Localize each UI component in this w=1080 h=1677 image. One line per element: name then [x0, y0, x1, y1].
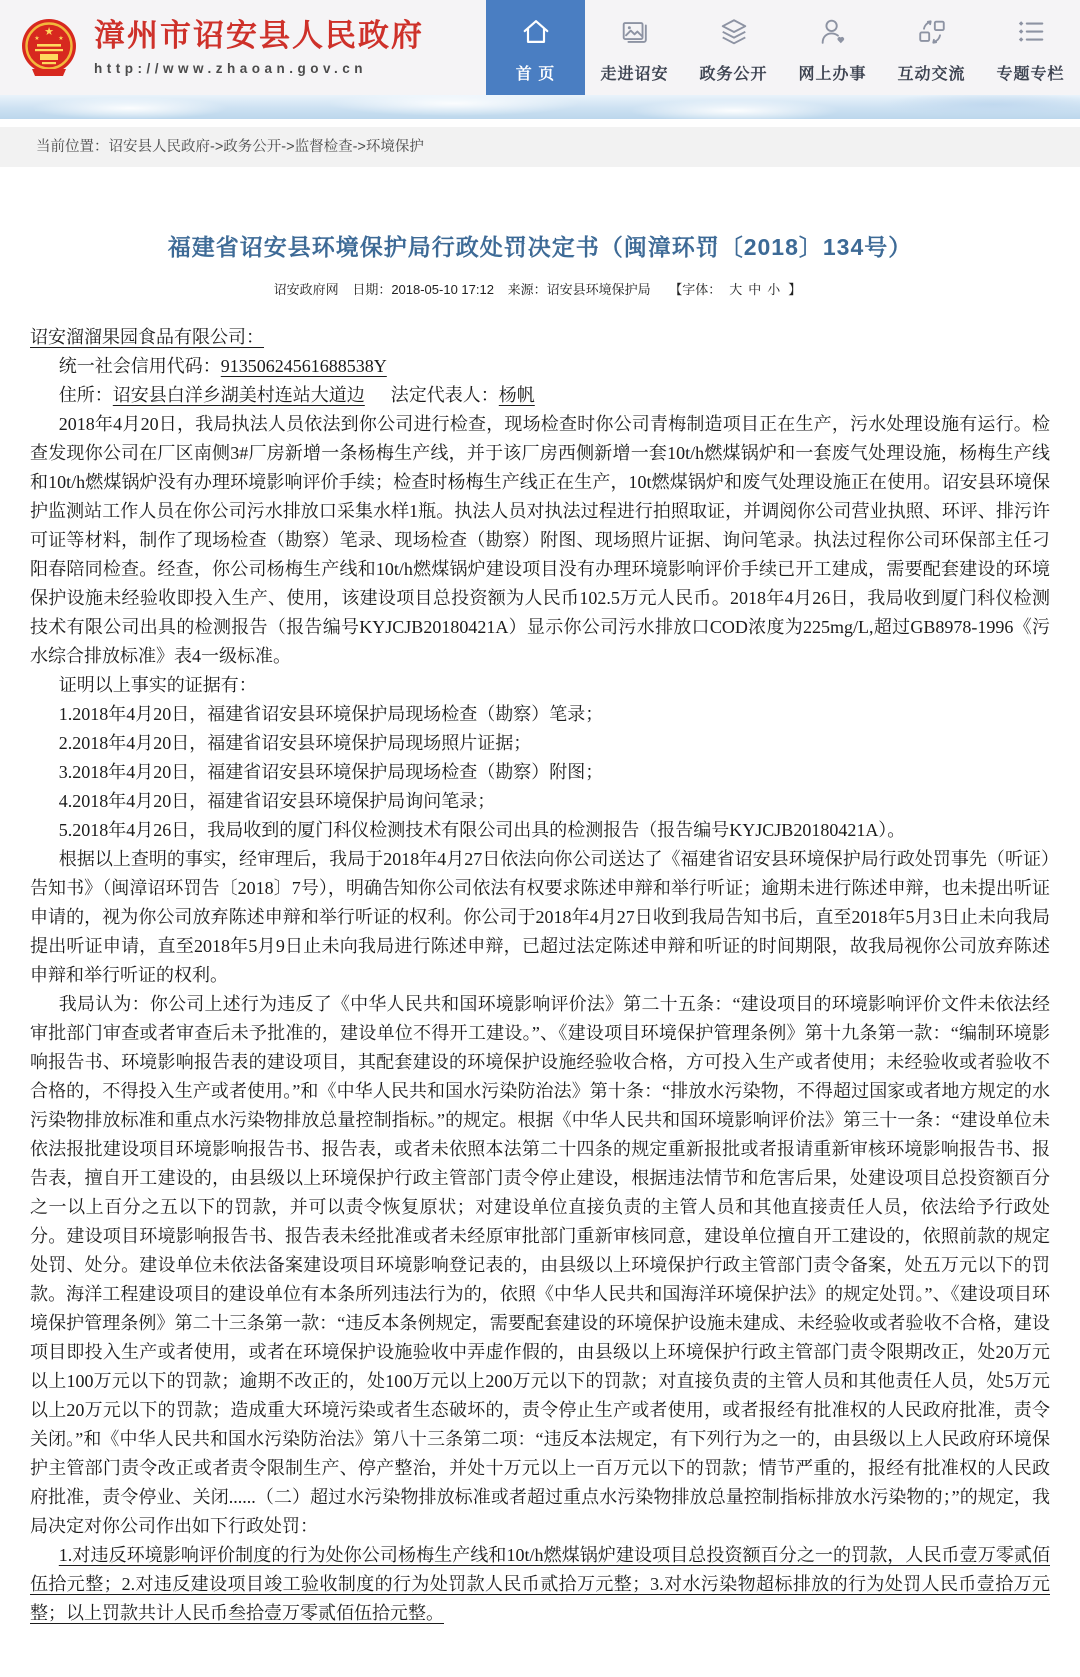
font-controls-prefix: 【字体： — [669, 282, 721, 297]
nav-tab-label: 专题专栏 — [996, 61, 1064, 84]
evidence-intro: 证明以上事实的证据有： — [30, 671, 1050, 700]
font-controls-suffix: 】 — [788, 282, 801, 297]
national-emblem-logo: ★ ★ ★ — [20, 17, 78, 79]
svg-text:★: ★ — [44, 26, 54, 38]
evidence-item-3: 3.2018年4月20日，福建省诏安县环境保护局现场检查（勘察）附图； — [30, 758, 1050, 787]
nav-tab-label: 政务公开 — [699, 61, 767, 84]
evidence-item-2: 2.2018年4月20日，福建省诏安县环境保护局现场照片证据； — [30, 729, 1050, 758]
article-meta: 诏安政府网 日期：2018-05-10 17:12 来源：诏安县环境保护局 【字… — [30, 279, 1050, 298]
home-icon — [520, 14, 552, 50]
cloud-banner — [0, 95, 1080, 119]
nav-tab-interaction[interactable]: 互动交流 — [882, 0, 981, 95]
site-header: ★ ★ ★ 漳州市诏安县人民政府 http://www.zhaoan.gov.c… — [0, 0, 1080, 95]
evidence-item-4: 4.2018年4月20日，福建省诏安县环境保护局询问笔录； — [30, 787, 1050, 816]
nav-tab-label: 走进诏安 — [600, 61, 668, 84]
nav-tab-label: 网上办事 — [798, 61, 866, 84]
nav-tab-online-services[interactable]: 网上办事 — [783, 0, 882, 95]
address-value: 诏安县白洋乡湖美村连站大道边 — [113, 385, 365, 405]
credit-code-label: 统一社会信用代码： — [59, 356, 221, 376]
legal-rep-value: 杨帆 — [499, 385, 535, 405]
legal-basis-paragraph: 我局认为：你公司上述行为违反了《中华人民共和国环境影响评价法》第二十五条：“建设… — [30, 990, 1050, 1541]
nav-tab-special-topics[interactable]: 专题专栏 — [981, 0, 1080, 95]
company-name-line: 诏安溜溜果园食品有限公司： — [30, 323, 1050, 352]
photo-gallery-icon — [619, 14, 651, 50]
facts-paragraph: 2018年4月20日，我局执法人员依法到你公司进行检查，现场检查时你公司青梅制造… — [30, 410, 1050, 671]
nav-tab-gov-affairs[interactable]: 政务公开 — [684, 0, 783, 95]
meta-date: 日期：2018-05-10 17:12 — [352, 282, 494, 297]
site-brand[interactable]: ★ ★ ★ 漳州市诏安县人民政府 http://www.zhaoan.gov.c… — [0, 0, 486, 95]
credit-code-value: 91350624561688538Y — [221, 356, 387, 376]
meta-source: 来源：诏安县环境保护局 — [508, 282, 651, 297]
person-services-icon — [817, 14, 849, 50]
address-label: 住所： — [59, 385, 113, 405]
svg-text:★: ★ — [34, 35, 39, 42]
font-size-large-button[interactable]: 大 — [729, 282, 742, 297]
font-size-medium-button[interactable]: 中 — [748, 282, 761, 297]
font-size-controls: 【字体：大中小】 — [664, 282, 806, 297]
breadcrumb-text[interactable]: 当前位置：诏安县人民政府->政务公开->监督检查->环境保护 — [36, 139, 424, 155]
penalty-decision-paragraph: 1.对违反环境影响评价制度的行为处你公司杨梅生产线和10t/h燃煤锅炉建设项目总… — [30, 1541, 1050, 1628]
page-title: 福建省诏安县环境保护局行政处罚决定书（闽漳环罚〔2018〕134号） — [30, 229, 1050, 262]
breadcrumb: 当前位置：诏安县人民政府->政务公开->监督检查->环境保护 — [0, 127, 1080, 167]
nav-tab-home[interactable]: 首 页 — [486, 0, 585, 95]
legal-rep-label: 法定代表人： — [391, 385, 499, 405]
address-line: 住所：诏安县白洋乡湖美村连站大道边法定代表人：杨帆 — [30, 381, 1050, 410]
meta-site: 诏安政府网 — [274, 282, 339, 297]
nav-tab-label: 首 页 — [516, 61, 555, 84]
site-url: http://www.zhaoan.gov.cn — [94, 61, 424, 76]
font-size-small-button[interactable]: 小 — [767, 282, 780, 297]
company-name: 诏安溜溜果园食品有限公司： — [30, 327, 264, 347]
evidence-item-5: 5.2018年4月26日，我局收到的厦门科仪检测技术有限公司出具的检测报告（报告… — [30, 816, 1050, 845]
evidence-item-1: 1.2018年4月20日，福建省诏安县环境保护局现场检查（勘察）笔录； — [30, 700, 1050, 729]
layers-icon — [718, 14, 750, 50]
svg-text:★: ★ — [58, 35, 63, 42]
hearing-paragraph: 根据以上查明的事实，经审理后，我局于2018年4月27日依法向你公司送达了《福建… — [30, 845, 1050, 990]
site-title: 漳州市诏安县人民政府 — [94, 19, 424, 53]
article: 福建省诏安县环境保护局行政处罚决定书（闽漳环罚〔2018〕134号） 诏安政府网… — [0, 229, 1080, 1628]
exchange-arrows-icon — [916, 14, 948, 50]
nav-tab-about-zhaoan[interactable]: 走进诏安 — [585, 0, 684, 95]
document-body: 诏安溜溜果园食品有限公司： 统一社会信用代码：91350624561688538… — [30, 323, 1050, 1628]
credit-code-line: 统一社会信用代码：91350624561688538Y — [30, 352, 1050, 381]
main-nav: 首 页 走进诏安 政务公开 — [486, 0, 1080, 95]
topics-list-icon — [1015, 14, 1047, 50]
nav-tab-label: 互动交流 — [897, 61, 965, 84]
